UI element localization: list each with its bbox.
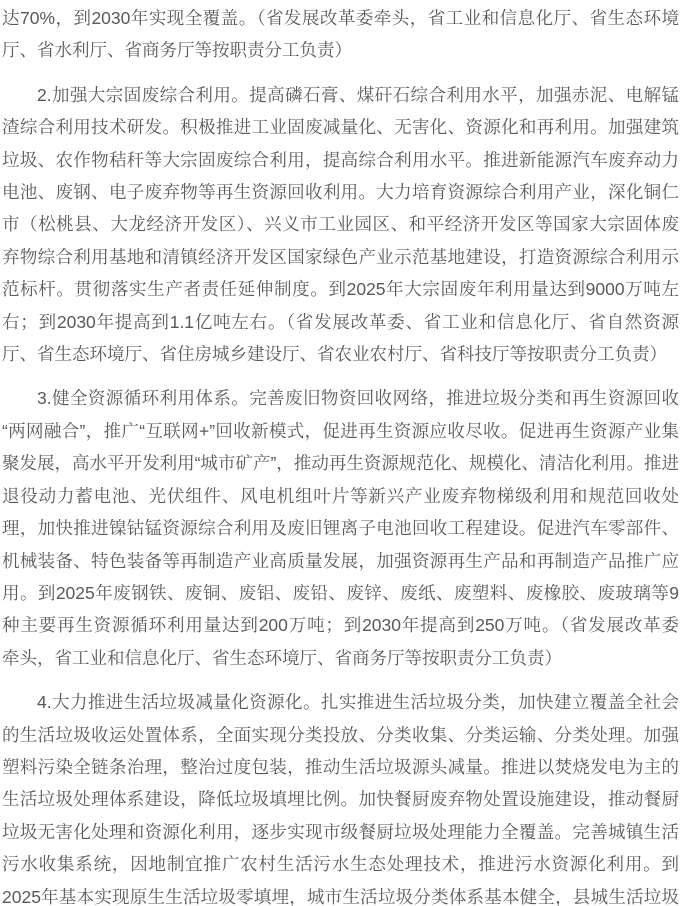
text-line: 种主要再生资源循环利用量达到200万吨；到2030年提高到250万吨。（省发展改…: [2, 609, 679, 641]
text-line: 4.大力推进生活垃圾减量化资源化。扎实推进生活垃圾分类，加快建立覆盖全社会: [2, 686, 679, 718]
text-line: 聚发展，高水平开发利用“城市矿产”，推动再生资源规范化、规模化、清洁化利用。推进: [2, 447, 679, 479]
text-line: 生活垃圾处理体系建设，降低垃圾填埋比例。加快餐厨废弃物处置设施建设，推动餐厨: [2, 783, 679, 815]
text-line: 的生活垃圾收运处置体系，全面实现分类投放、分类收集、分类运输、分类处理。加强: [2, 719, 679, 751]
text-line: 机械装备、特色装备等再制造产业高质量发展，加强资源再生产品和再制造产品推广应: [2, 545, 679, 577]
text-line: 垃圾、农作物秸秆等大宗固废综合利用，提高综合利用水平。推进新能源汽车废弃动力: [2, 144, 679, 176]
text-line: 电池、废钢、电子废弃物等再生资源回收利用。大力培育资源综合利用产业，深化铜仁: [2, 176, 679, 208]
text-line: 弃物综合利用基地和清镇经济开发区国家绿色产业示范基地建设，打造资源综合利用示: [2, 241, 679, 273]
text-line: 塑料污染全链条治理，整治过度包装，推动生活垃圾源头减量。推进以焚烧发电为主的: [2, 751, 679, 783]
text-line: 垃圾无害化处理和资源化利用，逐步实现市级餐厨垃圾处理能力全覆盖。完善城镇生活: [2, 816, 679, 848]
text-line: 市（松桃县、大龙经济开发区）、兴义市工业园区、和平经济开发区等国家大宗固体废: [2, 208, 679, 240]
document-page: 达70%，到2030年实现全覆盖。（省发展改革委牵头，省工业和信息化厅、省生态环…: [0, 0, 683, 906]
text-line: 2025年基本实现原生生活垃圾零填埋，城市生活垃圾分类体系基本健全，县城生活垃圾: [2, 881, 679, 906]
text-line: 达70%，到2030年实现全覆盖。（省发展改革委牵头，省工业和信息化厅、省生态环…: [2, 2, 679, 34]
text-line: 污水收集系统，因地制宜推广农村生活污水生态处理技术，推进污水资源化利用。到: [2, 848, 679, 880]
document-body: 达70%，到2030年实现全覆盖。（省发展改革委牵头，省工业和信息化厅、省生态环…: [2, 2, 679, 906]
text-line: 右；到2030年提高到1.1亿吨左右。（省发展改革委、省工业和信息化厅、省自然资…: [2, 306, 679, 338]
paragraph-4: 4.大力推进生活垃圾减量化资源化。扎实推进生活垃圾分类，加快建立覆盖全社会的生活…: [2, 686, 679, 906]
text-line: 3.健全资源循环利用体系。完善废旧物资回收网络，推进垃圾分类和再生资源回收: [2, 382, 679, 414]
text-line: 2.加强大宗固废综合利用。提高磷石膏、煤矸石综合利用水平，加强赤泥、电解锰: [2, 79, 679, 111]
paragraph-2: 2.加强大宗固废综合利用。提高磷石膏、煤矸石综合利用水平，加强赤泥、电解锰渣综合…: [2, 79, 679, 371]
text-line: 牵头，省工业和信息化厅、省生态环境厅、省商务厅等按职责分工负责）: [2, 642, 679, 674]
text-line: 退役动力蓄电池、光伏组件、风电机组叶片等新兴产业废弃物梯级利用和规范回收处: [2, 480, 679, 512]
text-line: 厅、省水利厅、省商务厅等按职责分工负责）: [2, 34, 679, 66]
text-line: 范标杆。贯彻落实生产者责任延伸制度。到2025年大宗固废年利用量达到9000万吨…: [2, 273, 679, 305]
text-line: 渣综合利用技术研发。积极推进工业固废减量化、无害化、资源化和再利用。加强建筑: [2, 111, 679, 143]
text-line: “两网融合”，推广“互联网+”回收新模式，促进再生资源应收尽收。促进再生资源产业…: [2, 415, 679, 447]
text-line: 厅、省生态环境厅、省住房城乡建设厅、省农业农村厅、省科技厅等按职责分工负责）: [2, 338, 679, 370]
text-line: 用。到2025年废钢铁、废铜、废铝、废铅、废锌、废纸、废塑料、废橡胶、废玻璃等9: [2, 577, 679, 609]
paragraph-1: 达70%，到2030年实现全覆盖。（省发展改革委牵头，省工业和信息化厅、省生态环…: [2, 2, 679, 67]
paragraph-3: 3.健全资源循环利用体系。完善废旧物资回收网络，推进垃圾分类和再生资源回收“两网…: [2, 382, 679, 674]
text-line: 理，加快推进镍钴锰资源综合利用及废旧锂离子电池回收工程建设。促进汽车零部件、: [2, 512, 679, 544]
